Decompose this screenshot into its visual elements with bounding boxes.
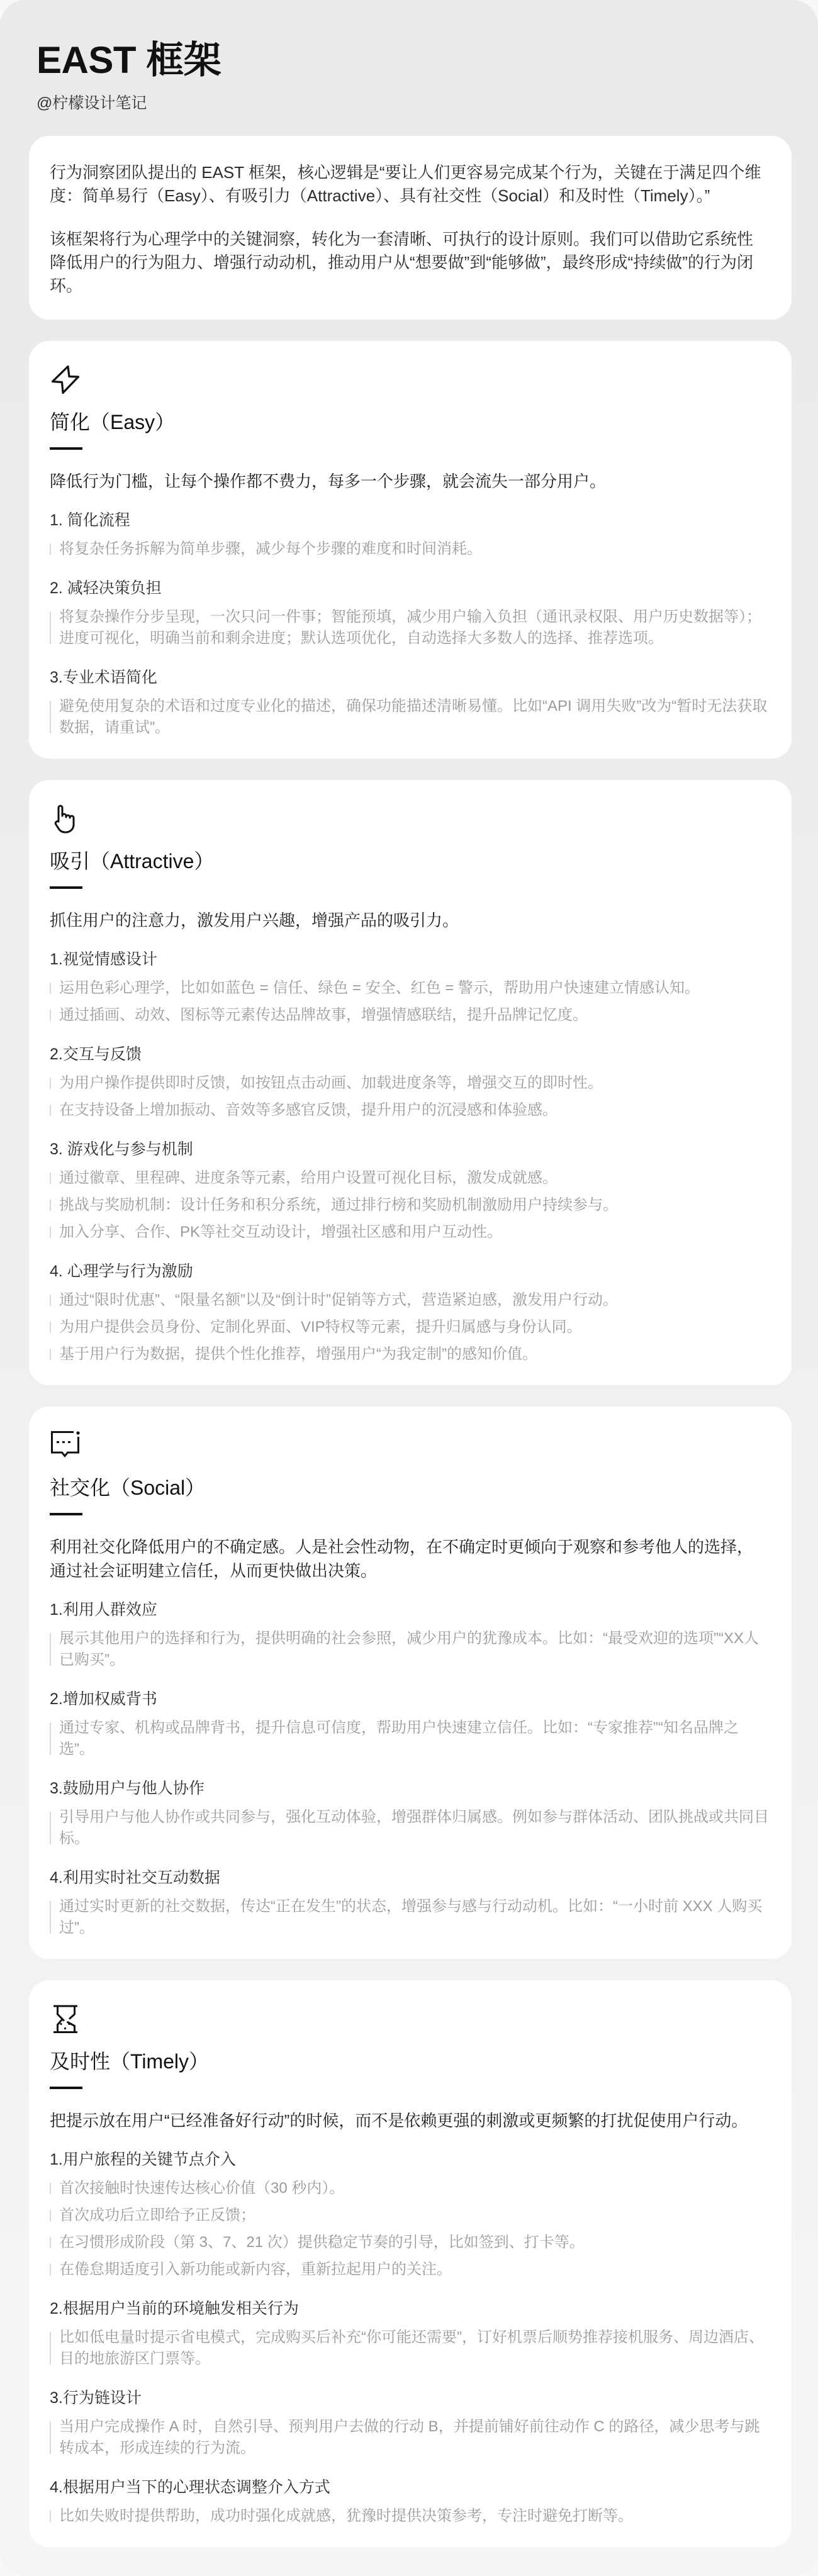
- pointing-hand-icon: [50, 805, 80, 833]
- item-point: 展示其他用户的选择和行为，提供明确的社会参照，减少用户的犹豫成本。比如：“最受欢…: [50, 1628, 769, 1671]
- list-item: 2.根据用户当前的环境触发相关行为 比如低电量时提示省电模式，完成购买后补充“你…: [50, 2297, 769, 2370]
- title-underline: [50, 1513, 82, 1515]
- section-attractive: 吸引（Attractive） 抓住用户的注意力，激发用户兴趣，增强产品的吸引力。…: [29, 780, 792, 1385]
- section-title: 简化（Easy）: [50, 410, 769, 435]
- list-item: 4. 心理学与行为激励 通过“限时优惠”、“限量名额”以及“倒计时”促销等方式，…: [50, 1260, 769, 1365]
- item-title: 2. 减轻决策负担: [50, 577, 769, 599]
- item-point: 在习惯形成阶段（第 3、7、21 次）提供稳定节奏的引导，比如签到、打卡等。: [50, 2232, 769, 2253]
- item-point: 首次成功后立即给予正反馈；: [50, 2205, 769, 2226]
- item-point: 挑战与奖励机制：设计任务和积分系统，通过排行榜和奖励机制激励用户持续参与。: [50, 1195, 769, 1216]
- item-point: 避免使用复杂的术语和过度专业化的描述，确保功能描述清晰易懂。比如“API 调用失…: [50, 696, 769, 739]
- page-title: EAST 框架: [36, 38, 818, 83]
- item-title: 1. 简化流程: [50, 509, 769, 532]
- item-point: 加入分享、合作、PK等社交互动设计，增强社区感和用户互动性。: [50, 1222, 769, 1243]
- item-point: 在支持设备上增加振动、音效等多感官反馈，提升用户的沉浸感和体验感。: [50, 1100, 769, 1121]
- item-title: 2.根据用户当前的环境触发相关行为: [50, 2297, 769, 2320]
- section-timely: 及时性（Timely） 把提示放在用户“已经准备好行动”的时候，而不是依赖更强的…: [29, 1980, 792, 2547]
- section-easy: 简化（Easy） 降低行为门槛，让每个操作都不费力，每多一个步骤，就会流失一部分…: [29, 341, 792, 759]
- hourglass-icon: [50, 2005, 80, 2033]
- item-point: 比如低电量时提示省电模式，完成购买后补充“你可能还需要”，订好机票后顺势推荐接机…: [50, 2327, 769, 2370]
- item-point: 在倦怠期适度引入新功能或新内容，重新拉起用户的关注。: [50, 2259, 769, 2280]
- section-title: 社交化（Social）: [50, 1475, 769, 1500]
- section-description: 抓住用户的注意力，激发用户兴趣，增强产品的吸引力。: [50, 908, 769, 932]
- section-title: 吸引（Attractive）: [50, 849, 769, 874]
- list-item: 2.交互与反馈 为用户操作提供即时反馈，如按钮点击动画、加载进度条等，增强交互的…: [50, 1043, 769, 1121]
- section-description: 降低行为门槛，让每个操作都不费力，每多一个步骤，就会流失一部分用户。: [50, 469, 769, 493]
- item-point: 通过实时更新的社交数据，传达“正在发生”的状态，增强参与感与行动动机。比如：“一…: [50, 1896, 769, 1939]
- author-handle: @柠檬设计笔记: [36, 92, 818, 114]
- title-underline: [50, 886, 82, 889]
- item-title: 3.专业术语简化: [50, 666, 769, 689]
- lightning-icon: [50, 365, 80, 394]
- intro-card: 行为洞察团队提出的 EAST 框架，核心逻辑是“要让人们更容易完成某个行为，关键…: [29, 136, 792, 320]
- page: EAST 框架 @柠檬设计笔记 行为洞察团队提出的 EAST 框架，核心逻辑是“…: [0, 0, 818, 2576]
- list-item: 3. 游戏化与参与机制 通过徽章、里程碑、进度条等元素，给用户设置可视化目标，激…: [50, 1138, 769, 1243]
- item-title: 1.利用人群效应: [50, 1598, 769, 1621]
- item-point: 通过专家、机构或品牌背书，提升信息可信度，帮助用户快速建立信任。比如：“专家推荐…: [50, 1717, 769, 1760]
- list-item: 1. 简化流程 将复杂任务拆解为简单步骤，减少每个步骤的难度和时间消耗。: [50, 509, 769, 560]
- item-point: 通过插画、动效、图标等元素传达品牌故事，增强情感联结，提升品牌记忆度。: [50, 1005, 769, 1026]
- list-item: 2. 减轻决策负担 将复杂操作分步呈现，一次只问一件事；智能预填，减少用户输入负…: [50, 577, 769, 649]
- list-item: 3.鼓励用户与他人协作 引导用户与他人协作或共同参与，强化互动体验，增强群体归属…: [50, 1777, 769, 1849]
- item-title: 3.鼓励用户与他人协作: [50, 1777, 769, 1800]
- item-point: 首次接触时快速传达核心价值（30 秒内）。: [50, 2178, 769, 2199]
- section-title: 及时性（Timely）: [50, 2049, 769, 2074]
- list-item: 3.行为链设计 当用户完成操作 A 时，自然引导、预判用户去做的行动 B，并提前…: [50, 2387, 769, 2459]
- item-title: 2.交互与反馈: [50, 1043, 769, 1066]
- section-social: 社交化（Social） 利用社交化降低用户的不确定感。人是社会性动物，在不确定时…: [29, 1407, 792, 1959]
- item-point: 通过徽章、里程碑、进度条等元素，给用户设置可视化目标，激发成就感。: [50, 1168, 769, 1189]
- page-header: EAST 框架 @柠檬设计笔记: [0, 0, 818, 114]
- item-title: 1.用户旅程的关键节点介入: [50, 2148, 769, 2171]
- item-point: 为用户提供会员身份、定制化界面、VIP特权等元素，提升归属感与身份认同。: [50, 1317, 769, 1338]
- item-point: 为用户操作提供即时反馈，如按钮点击动画、加载进度条等，增强交互的即时性。: [50, 1073, 769, 1094]
- list-item: 3.专业术语简化 避免使用复杂的术语和过度专业化的描述，确保功能描述清晰易懂。比…: [50, 666, 769, 739]
- list-item: 4.根据用户当下的心理状态调整介入方式 比如失败时提供帮助，成功时强化成就感，犹…: [50, 2476, 769, 2527]
- list-item: 1.视觉情感设计 运用色彩心理学，比如如蓝色 = 信任、绿色 = 安全、红色 =…: [50, 948, 769, 1026]
- item-point: 引导用户与他人协作或共同参与，强化互动体验，增强群体归属感。例如参与群体活动、团…: [50, 1807, 769, 1849]
- item-point: 比如失败时提供帮助，成功时强化成就感，犹豫时提供决策参考，专注时避免打断等。: [50, 2506, 769, 2527]
- item-list: 1.用户旅程的关键节点介入 首次接触时快速传达核心价值（30 秒内）。 首次成功…: [50, 2148, 769, 2527]
- item-point: 将复杂操作分步呈现，一次只问一件事；智能预填，减少用户输入负担（通讯录权限、用户…: [50, 606, 769, 649]
- chat-bubble-icon: [50, 1431, 80, 1459]
- item-point: 基于用户行为数据，提供个性化推荐，增强用户“为我定制”的感知价值。: [50, 1344, 769, 1365]
- item-title: 4.利用实时社交互动数据: [50, 1866, 769, 1889]
- list-item: 2.增加权威背书 通过专家、机构或品牌背书，提升信息可信度，帮助用户快速建立信任…: [50, 1688, 769, 1760]
- item-title: 3.行为链设计: [50, 2387, 769, 2409]
- item-point: 当用户完成操作 A 时，自然引导、预判用户去做的行动 B，并提前铺好前往动作 C…: [50, 2416, 769, 2459]
- list-item: 1.用户旅程的关键节点介入 首次接触时快速传达核心价值（30 秒内）。 首次成功…: [50, 2148, 769, 2280]
- item-point: 运用色彩心理学，比如如蓝色 = 信任、绿色 = 安全、红色 = 警示，帮助用户快…: [50, 978, 769, 999]
- title-underline: [50, 447, 82, 450]
- intro-paragraph: 行为洞察团队提出的 EAST 框架，核心逻辑是“要让人们更容易完成某个行为，关键…: [50, 161, 769, 208]
- intro-paragraph: 该框架将行为心理学中的关键洞察，转化为一套清晰、可执行的设计原则。我们可以借助它…: [50, 228, 769, 298]
- item-list: 1.利用人群效应 展示其他用户的选择和行为，提供明确的社会参照，减少用户的犹豫成…: [50, 1598, 769, 1939]
- list-item: 4.利用实时社交互动数据 通过实时更新的社交数据，传达“正在发生”的状态，增强参…: [50, 1866, 769, 1939]
- item-list: 1. 简化流程 将复杂任务拆解为简单步骤，减少每个步骤的难度和时间消耗。 2. …: [50, 509, 769, 739]
- item-title: 4.根据用户当下的心理状态调整介入方式: [50, 2476, 769, 2499]
- item-title: 2.增加权威背书: [50, 1688, 769, 1710]
- item-point: 通过“限时优惠”、“限量名额”以及“倒计时”促销等方式，营造紧迫感，激发用户行动…: [50, 1290, 769, 1311]
- item-title: 1.视觉情感设计: [50, 948, 769, 971]
- section-description: 把提示放在用户“已经准备好行动”的时候，而不是依赖更强的刺激或更频繁的打扰促使用…: [50, 2109, 769, 2133]
- list-item: 1.利用人群效应 展示其他用户的选择和行为，提供明确的社会参照，减少用户的犹豫成…: [50, 1598, 769, 1671]
- item-point: 将复杂任务拆解为简单步骤，减少每个步骤的难度和时间消耗。: [50, 538, 769, 560]
- item-title: 3. 游戏化与参与机制: [50, 1138, 769, 1161]
- item-title: 4. 心理学与行为激励: [50, 1260, 769, 1283]
- title-underline: [50, 2087, 82, 2089]
- section-description: 利用社交化降低用户的不确定感。人是社会性动物，在不确定时更倾向于观察和参考他人的…: [50, 1535, 769, 1583]
- item-list: 1.视觉情感设计 运用色彩心理学，比如如蓝色 = 信任、绿色 = 安全、红色 =…: [50, 948, 769, 1365]
